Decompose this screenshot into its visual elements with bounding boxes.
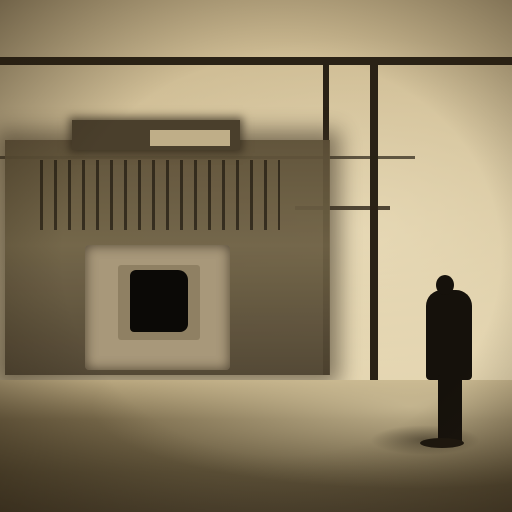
machine-grille: [40, 160, 280, 230]
horizontal-pipe-top: [0, 57, 512, 65]
silhouette-figure-body: [426, 290, 472, 380]
machine-top-slot: [150, 130, 230, 146]
silhouette-figure-feet: [420, 438, 464, 448]
silhouette-figure-head: [436, 275, 454, 295]
silhouette-figure-legs: [438, 375, 462, 445]
sepia-photo-scene: [0, 0, 512, 512]
vertical-pipe-right: [370, 62, 378, 382]
dark-opening: [130, 270, 188, 332]
